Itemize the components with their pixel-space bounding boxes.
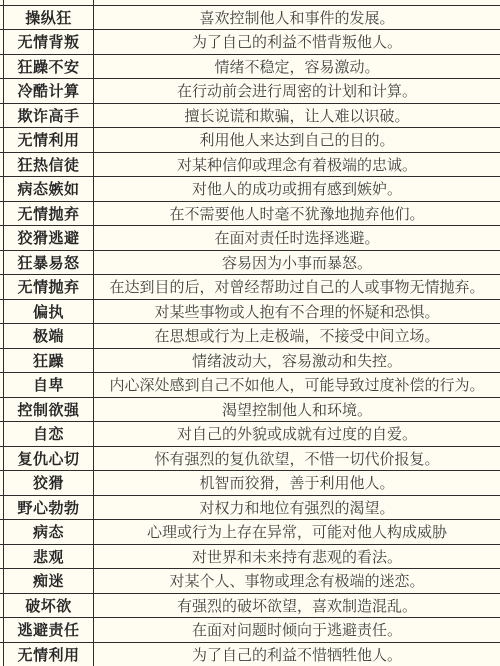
trait-term: 破坏欲 [3,594,94,618]
trait-description: 渴望控制他人和环境。 [94,398,500,422]
trait-term: 痴迷 [3,569,94,593]
trait-description: 对某个人、事物或理念有极端的迷恋。 [94,569,500,593]
trait-description: 擅长说谎和欺骗，让人难以识破。 [94,104,500,128]
table-row: 狡猾逃避 在面对责任时选择逃避。 [0,225,500,250]
trait-description: 对某些事物或人抱有不合理的怀疑和恐惧。 [94,300,500,324]
table-row: 逃避责任 在面对问题时倾向于逃避责任。 [0,617,500,642]
trait-term: 狂躁 [3,349,94,373]
trait-term: 无情利用 [3,643,94,666]
trait-description: 内心深处感到自己不如他人，可能导致过度补偿的行为。 [94,373,500,397]
table-row: 欺诈高手 擅长说谎和欺骗，让人难以识破。 [0,103,500,128]
traits-table-page: 操纵狂 喜欢控制他人和事件的发展。 无情背叛 为了自己的利益不惜背叛他人。 狂躁… [0,0,500,666]
table-row: 野心勃勃 对权力和地位有强烈的渴望。 [0,495,500,520]
table-row: 无情利用 利用他人来达到自己的目的。 [0,127,500,152]
table-row: 复仇心切 怀有强烈的复仇欲望，不惜一切代价报复。 [0,446,500,471]
table-row: 狡猾 机智而狡猾，善于利用他人。 [0,470,500,495]
table-row: 破坏欲 有强烈的破坏欲望，喜欢制造混乱。 [0,593,500,618]
trait-description: 心理或行为上存在异常，可能对他人构成威胁 [94,520,500,544]
trait-description: 对自己的外貌或成就有过度的自爱。 [94,422,500,446]
trait-term: 狂热信徒 [3,153,94,177]
trait-description: 为了自己的利益不惜牺牲他人。 [94,643,500,666]
trait-description: 在行动前会进行周密的计划和计算。 [94,79,500,103]
trait-term: 自卑 [3,373,94,397]
trait-term: 自恋 [3,422,94,446]
table-row: 病态嫉如 对他人的成功或拥有感到嫉妒。 [0,176,500,201]
trait-term: 无情抛弃 [3,202,94,226]
trait-description: 在面对问题时倾向于逃避责任。 [94,618,500,642]
trait-description: 有强烈的破坏欲望，喜欢制造混乱。 [94,594,500,618]
trait-term: 悲观 [3,545,94,569]
table-row: 狂躁不安 情绪不稳定，容易激动。 [0,54,500,79]
table-row: 无情抛弃 在达到目的后，对曾经帮助过自己的人或事物无情抛弃。 [0,274,500,299]
trait-term: 控制欲强 [3,398,94,422]
table-row: 痴迷 对某个人、事物或理念有极端的迷恋。 [0,568,500,593]
table-row: 狂热信徒 对某种信仰或理念有着极端的忠诚。 [0,152,500,177]
trait-term: 野心勃勃 [3,496,94,520]
trait-description: 喜欢控制他人和事件的发展。 [94,6,500,30]
trait-term: 病态 [3,520,94,544]
trait-term: 无情抛弃 [3,275,94,299]
table-row: 狂躁 情绪波动大，容易激动和失控。 [0,348,500,373]
table-row: 极端 在思想或行为上走极端，不接受中间立场。 [0,323,500,348]
trait-description: 对世界和未来持有悲观的看法。 [94,545,500,569]
trait-term: 狡猾逃避 [3,226,94,250]
trait-description: 利用他人来达到自己的目的。 [94,128,500,152]
trait-term: 极端 [3,324,94,348]
traits-table: 操纵狂 喜欢控制他人和事件的发展。 无情背叛 为了自己的利益不惜背叛他人。 狂躁… [0,0,500,666]
trait-description: 在达到目的后，对曾经帮助过自己的人或事物无情抛弃。 [94,275,500,299]
table-row: 病态 心理或行为上存在异常，可能对他人构成威胁 [0,519,500,544]
trait-term: 逃避责任 [3,618,94,642]
table-row: 操纵狂 喜欢控制他人和事件的发展。 [0,5,500,30]
trait-description: 对他人的成功或拥有感到嫉妒。 [94,177,500,201]
trait-term: 操纵狂 [3,6,94,30]
trait-description: 容易因为小事而暴怒。 [94,251,500,275]
trait-term: 病态嫉如 [3,177,94,201]
trait-description: 在思想或行为上走极端，不接受中间立场。 [94,324,500,348]
table-row: 偏执 对某些事物或人抱有不合理的怀疑和恐惧。 [0,299,500,324]
table-row: 自卑 内心深处感到自己不如他人，可能导致过度补偿的行为。 [0,372,500,397]
trait-description: 怀有强烈的复仇欲望，不惜一切代价报复。 [94,447,500,471]
trait-description: 机智而狡猾，善于利用他人。 [94,471,500,495]
trait-description: 对某种信仰或理念有着极端的忠诚。 [94,153,500,177]
trait-description: 为了自己的利益不惜背叛他人。 [94,30,500,54]
table-row: 自恋 对自己的外貌或成就有过度的自爱。 [0,421,500,446]
trait-term: 狂躁不安 [3,55,94,79]
trait-term: 复仇心切 [3,447,94,471]
trait-term: 无情背叛 [3,30,94,54]
table-row: 悲观 对世界和未来持有悲观的看法。 [0,544,500,569]
trait-term: 偏执 [3,300,94,324]
table-row: 控制欲强 渴望控制他人和环境。 [0,397,500,422]
table-row: 无情利用 为了自己的利益不惜牺牲他人。 [0,642,500,666]
trait-description: 在不需要他人时毫不犹豫地抛弃他们。 [94,202,500,226]
table-row: 无情抛弃 在不需要他人时毫不犹豫地抛弃他们。 [0,201,500,226]
trait-description: 在面对责任时选择逃避。 [94,226,500,250]
trait-term: 无情利用 [3,128,94,152]
table-row: 无情背叛 为了自己的利益不惜背叛他人。 [0,29,500,54]
trait-description: 对权力和地位有强烈的渴望。 [94,496,500,520]
trait-term: 冷酷计算 [3,79,94,103]
table-row: 冷酷计算 在行动前会进行周密的计划和计算。 [0,78,500,103]
trait-term: 狡猾 [3,471,94,495]
trait-description: 情绪不稳定，容易激动。 [94,55,500,79]
trait-term: 狂暴易怒 [3,251,94,275]
trait-term: 欺诈高手 [3,104,94,128]
table-row: 狂暴易怒 容易因为小事而暴怒。 [0,250,500,275]
trait-description: 情绪波动大，容易激动和失控。 [94,349,500,373]
